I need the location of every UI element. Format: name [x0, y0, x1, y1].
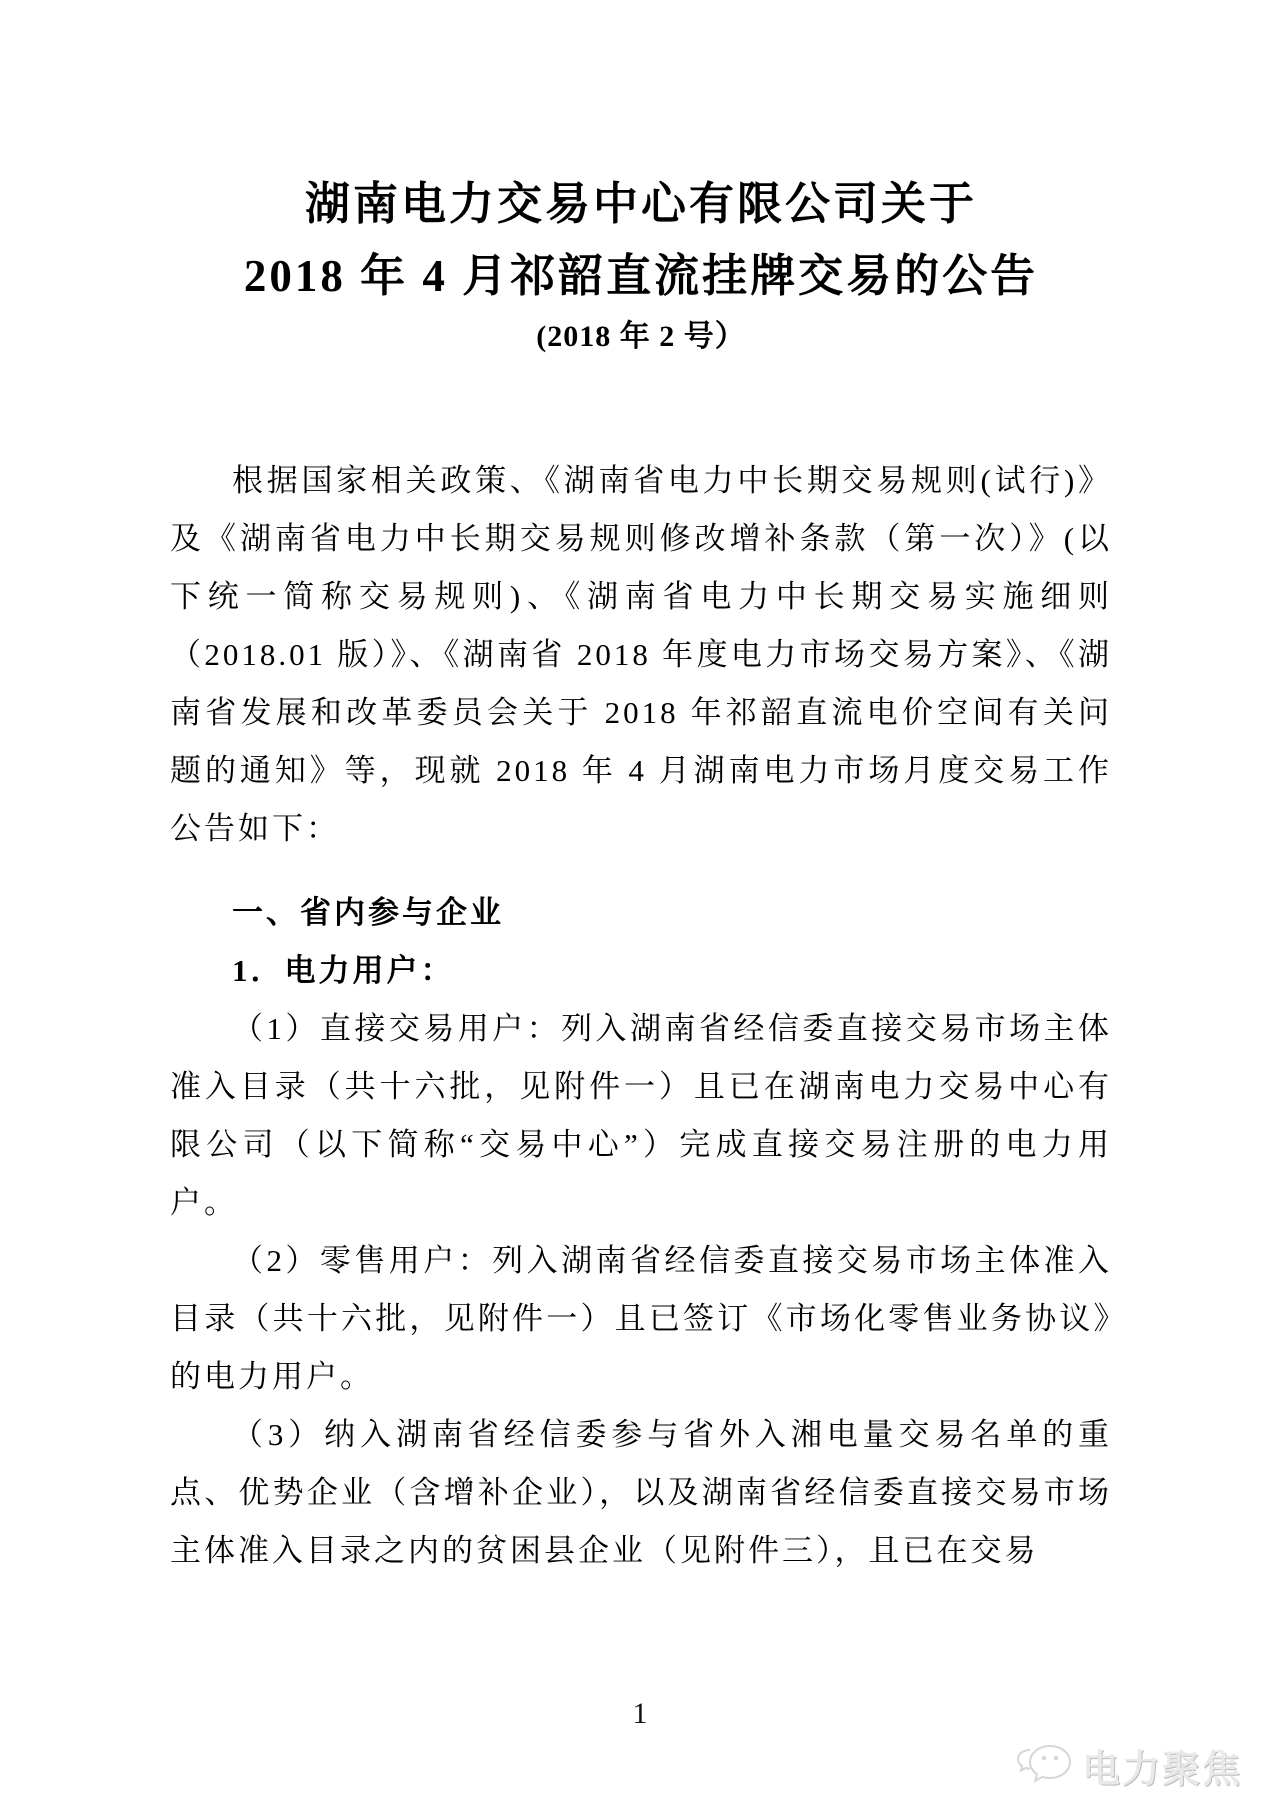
section-1-item-3: （3）纳入湖南省经信委参与省外入湘电量交易名单的重点、优势企业（含增补企业），以…	[170, 1406, 1112, 1580]
wechat-chat-bubbles-icon	[1016, 1744, 1072, 1788]
section-1-item-2: （2）零售用户：列入湖南省经信委直接交易市场主体准入目录（共十六批，见附件一）且…	[170, 1232, 1112, 1406]
document-number: (2018 年 2 号）	[170, 314, 1112, 360]
watermark-label: 电力聚焦	[1082, 1738, 1242, 1793]
section-1-item-1: （1）直接交易用户：列入湖南省经信委直接交易市场主体准入目录（共十六批，见附件一…	[170, 1000, 1112, 1232]
page-number: 1	[0, 1692, 1280, 1736]
document-title-line-2: 2018 年 4 月祁韶直流挂牌交易的公告	[170, 240, 1112, 312]
title-block: 湖南电力交易中心有限公司关于 2018 年 4 月祁韶直流挂牌交易的公告 (20…	[170, 0, 1112, 360]
document-content: 湖南电力交易中心有限公司关于 2018 年 4 月祁韶直流挂牌交易的公告 (20…	[170, 0, 1112, 1580]
watermark: 电力聚焦	[1016, 1738, 1242, 1793]
document-title-line-1: 湖南电力交易中心有限公司关于	[170, 168, 1112, 240]
section-1-heading: 一、省内参与企业	[170, 884, 1112, 942]
intro-paragraph: 根据国家相关政策、《湖南省电力中长期交易规则(试行)》及《湖南省电力中长期交易规…	[170, 452, 1112, 858]
section-1-subheading: 1．电力用户：	[170, 942, 1112, 1000]
document-page: 湖南电力交易中心有限公司关于 2018 年 4 月祁韶直流挂牌交易的公告 (20…	[0, 0, 1280, 1810]
